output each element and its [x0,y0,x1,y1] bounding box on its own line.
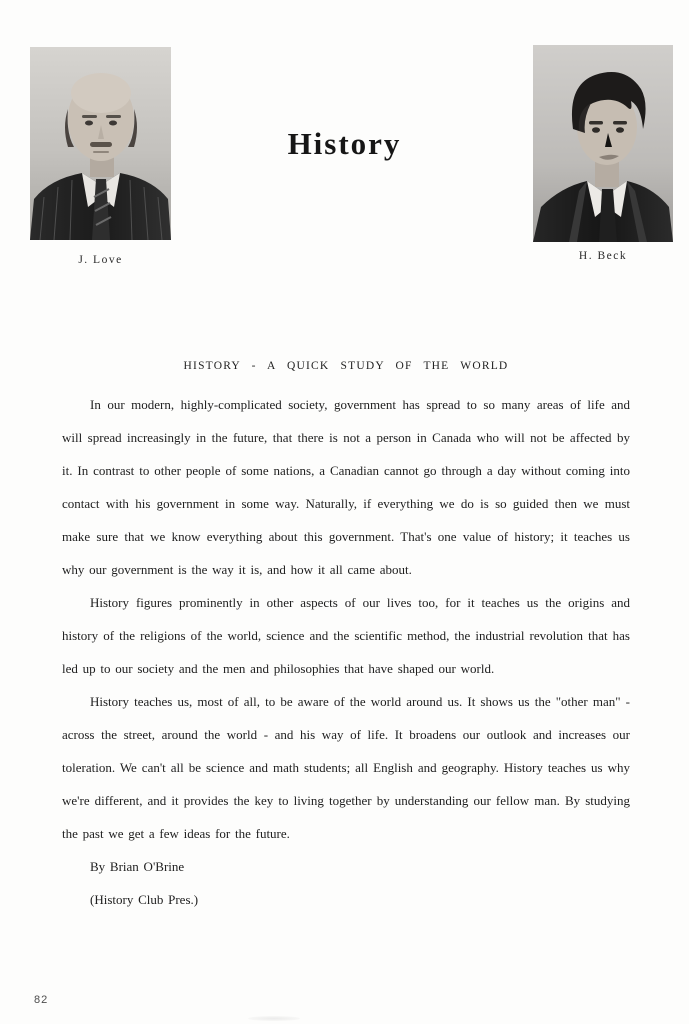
article-byline-role: (History Club Pres.) [62,883,630,916]
article-paragraph-3: History teaches us, most of all, to be a… [62,685,630,850]
article-paragraph-1: In our modern, highly-complicated societ… [62,388,630,586]
scan-smudge-artifact [248,1016,300,1021]
article-heading: HISTORY - A QUICK STUDY OF THE WORLD [62,360,630,372]
page-number: 82 [34,994,48,1006]
article-byline: By Brian O'Brine [62,850,630,883]
photo-caption-j-love: J. Love [30,254,171,266]
photo-caption-h-beck: H. Beck [533,250,673,262]
article-paragraph-2: History figures prominently in other asp… [62,586,630,685]
portrait-illustration-h-beck [533,45,673,242]
portrait-photo-h-beck [533,45,673,242]
yearbook-page: History [0,0,689,1024]
article-body: In our modern, highly-complicated societ… [62,388,630,916]
